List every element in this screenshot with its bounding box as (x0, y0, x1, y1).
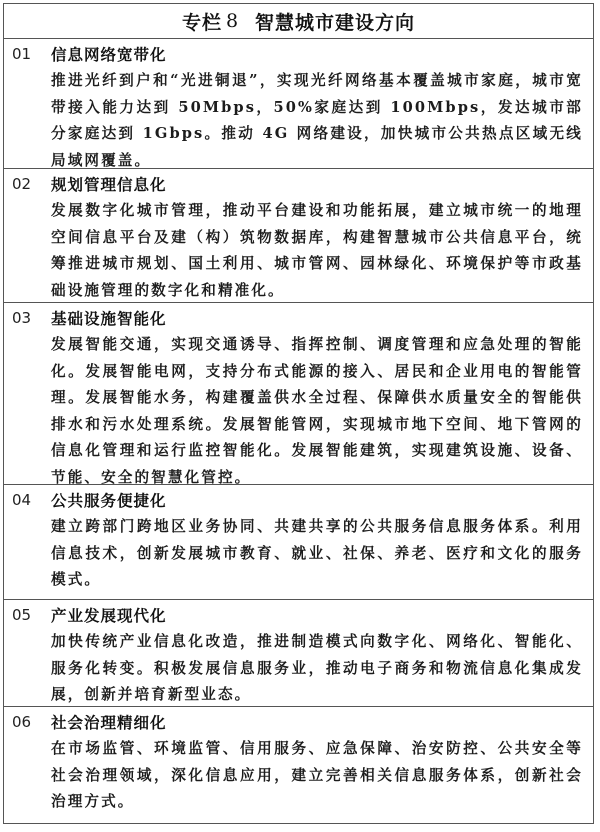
section-index: 01 (12, 45, 31, 63)
section-index: 04 (12, 491, 31, 509)
section-social-governance: 06 社会治理精细化 在市场监管、环境监管、信用服务、应急保障、治安防控、公共安… (4, 707, 593, 824)
section-information-network: 01 信息网络宽带化 推进光纤到户和“光进铜退”，实现光纤网络基本覆盖城市家庭，… (4, 39, 593, 169)
section-index: 05 (12, 606, 31, 624)
section-title: 公共服务便捷化 (51, 489, 583, 514)
section-industry-development: 05 产业发展现代化 加快传统产业信息化改造，推进制造模式向数字化、网络化、智能… (4, 600, 593, 707)
section-body: 发展智能交通，实现交通诱导、指挥控制、调度管理和应急处理的智能化。发展智能电网，… (51, 332, 583, 491)
section-title: 产业发展现代化 (51, 604, 583, 629)
column-number: 8 (226, 10, 239, 32)
section-body: 在市场监管、环境监管、信用服务、应急保障、治安防控、公共安全等社会治理领域，深化… (51, 736, 583, 816)
section-planning-management: 02 规划管理信息化 发展数字化城市管理，推动平台建设和功能拓展，建立城市统一的… (4, 169, 593, 303)
column-title: 智慧城市建设方向 (255, 8, 415, 35)
section-infrastructure: 03 基础设施智能化 发展智能交通，实现交通诱导、指挥控制、调度管理和应急处理的… (4, 303, 593, 485)
column-box: 专栏 8 智慧城市建设方向 01 信息网络宽带化 推进光纤到户和“光进铜退”，实… (3, 3, 594, 824)
section-index: 06 (12, 713, 31, 731)
section-public-services: 04 公共服务便捷化 建立跨部门跨地区业务协同、共建共享的公共服务信息服务体系。… (4, 485, 593, 600)
section-body: 推进光纤到户和“光进铜退”，实现光纤网络基本覆盖城市家庭，城市宽带接入能力达到 … (51, 68, 583, 174)
section-title: 规划管理信息化 (51, 173, 583, 198)
section-title: 社会治理精细化 (51, 711, 583, 736)
section-title: 信息网络宽带化 (51, 43, 583, 68)
column-header: 专栏 8 智慧城市建设方向 (4, 4, 593, 39)
section-body: 发展数字化城市管理，推动平台建设和功能拓展，建立城市统一的地理空间信息平台及建（… (51, 198, 583, 304)
section-body: 建立跨部门跨地区业务协同、共建共享的公共服务信息服务体系。利用信息技术，创新发展… (51, 514, 583, 594)
section-title: 基础设施智能化 (51, 307, 583, 332)
section-body: 加快传统产业信息化改造，推进制造模式向数字化、网络化、智能化、服务化转变。积极发… (51, 629, 583, 709)
section-index: 03 (12, 309, 31, 327)
section-index: 02 (12, 175, 31, 193)
column-label: 专栏 (182, 8, 222, 35)
